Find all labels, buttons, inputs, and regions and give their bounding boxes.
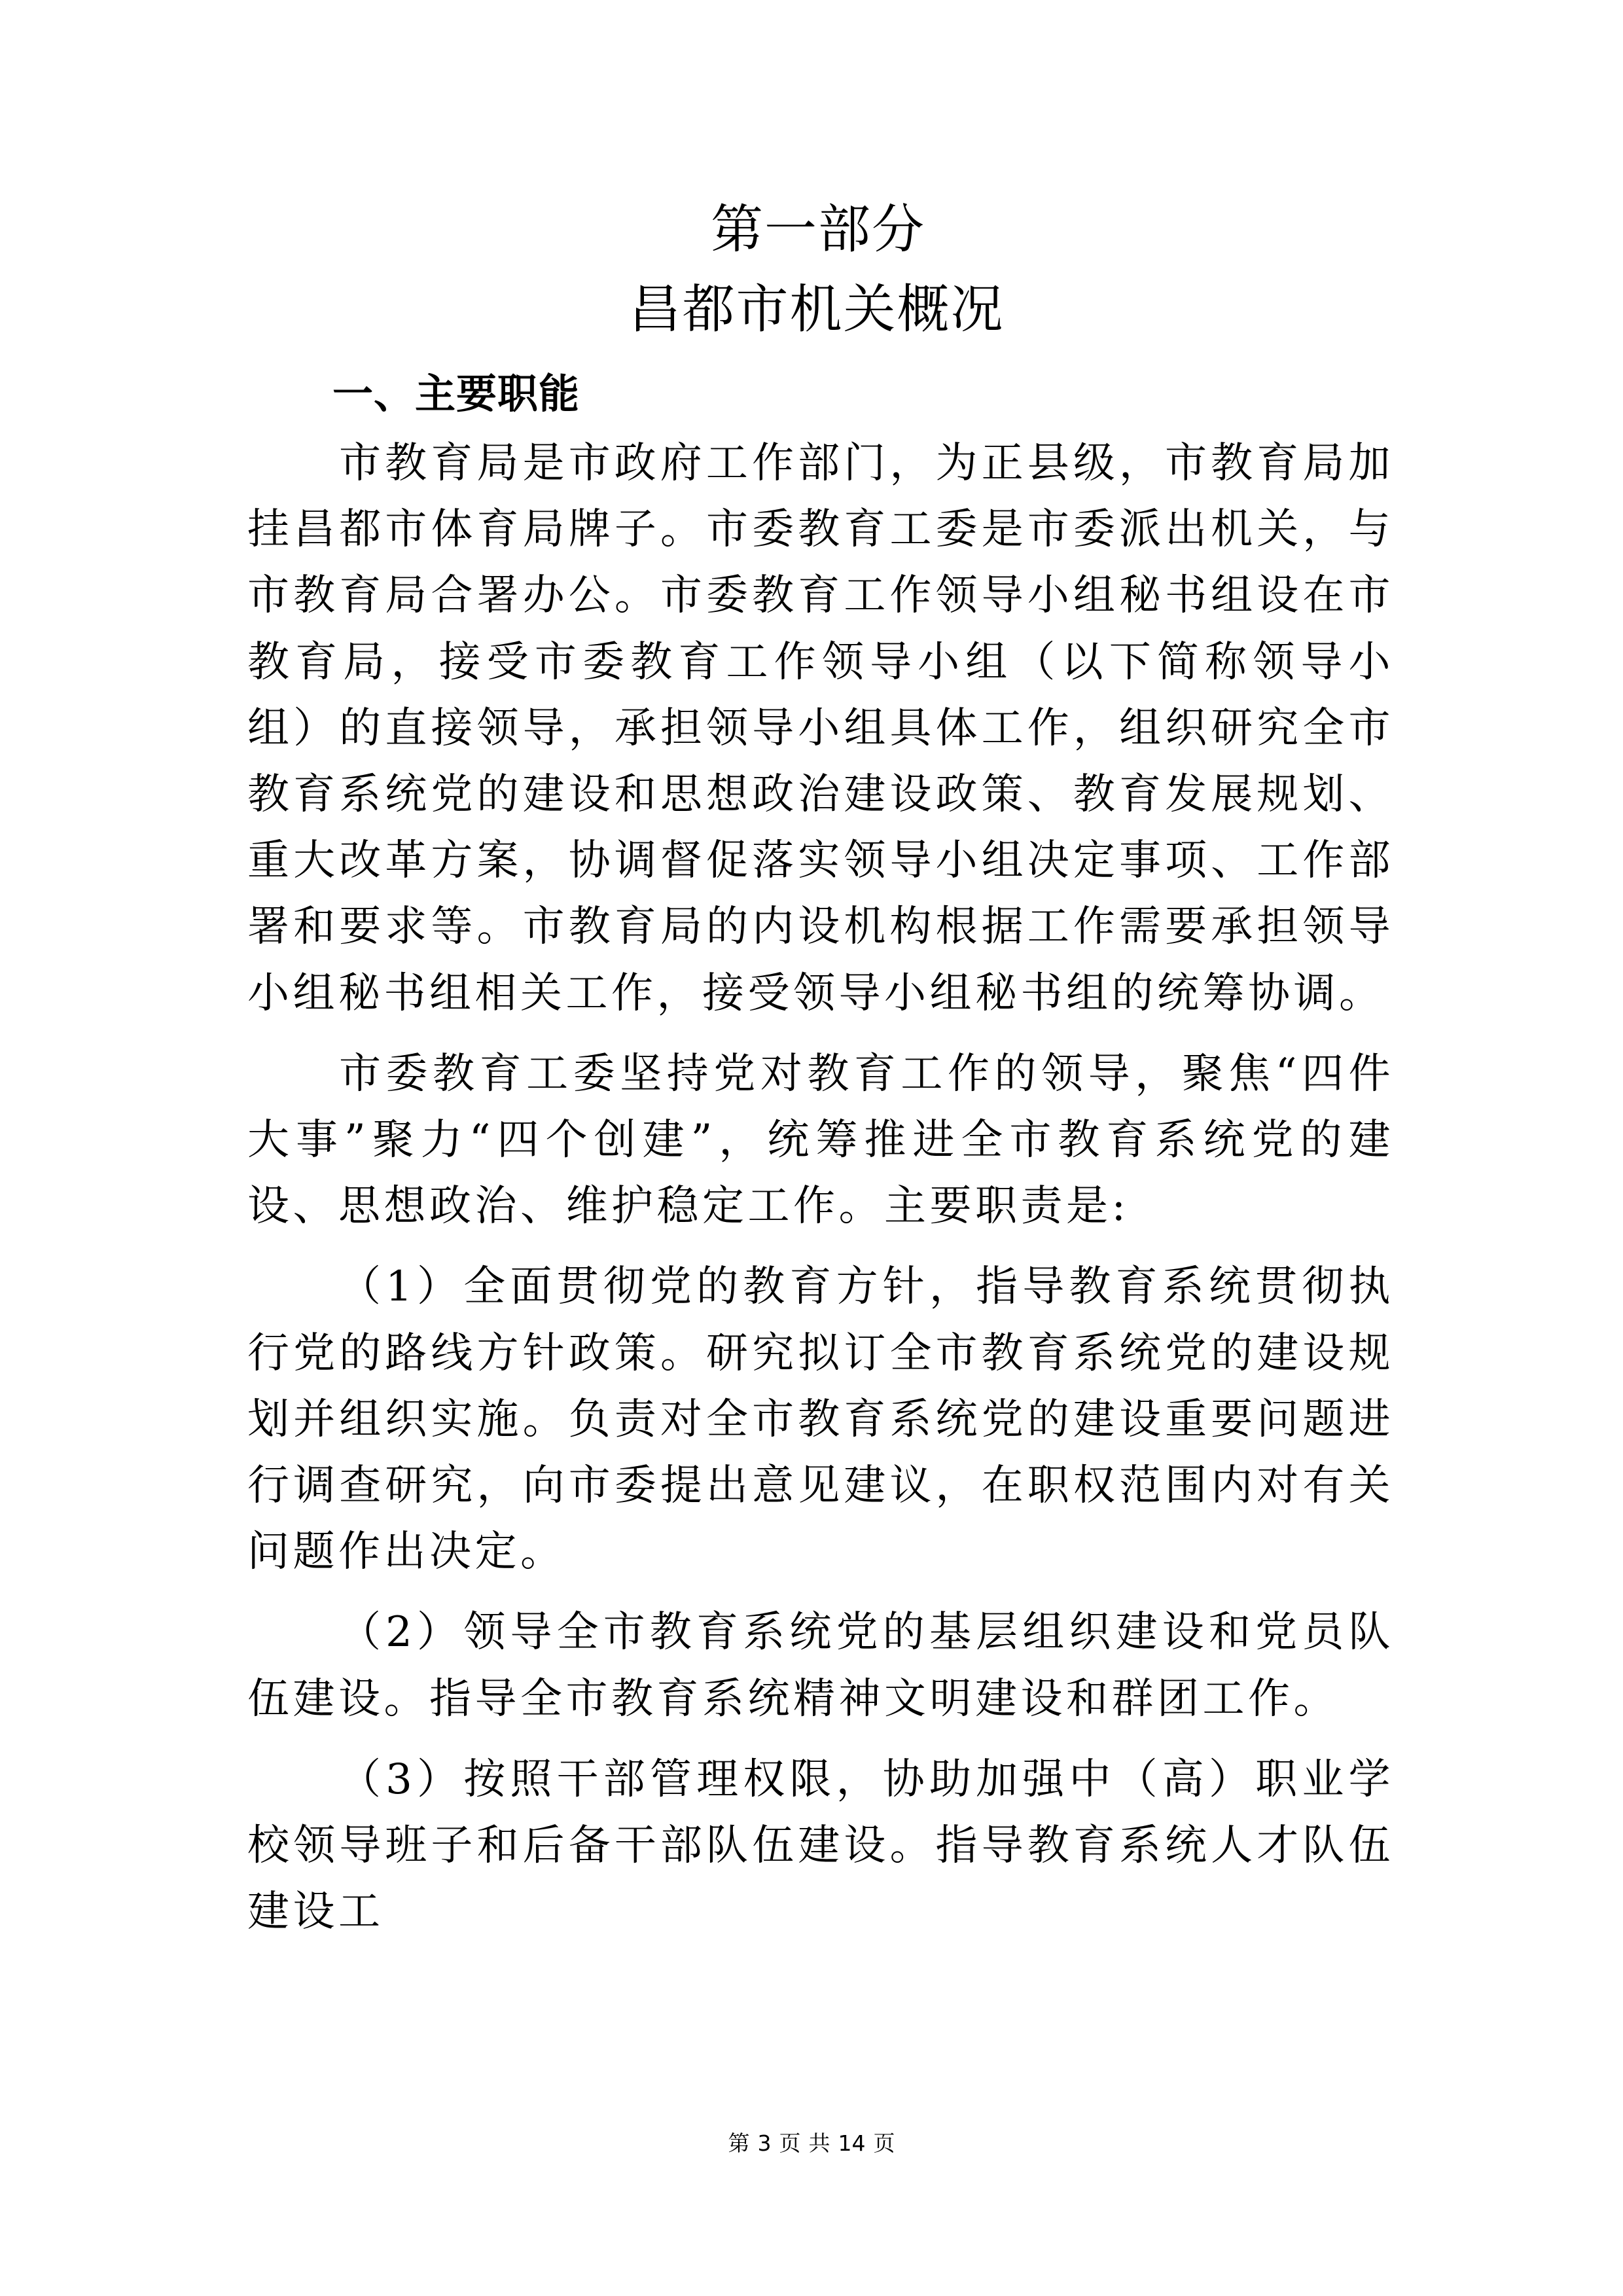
duty-item-2: （2）领导全市教育系统党的基层组织建设和党员队伍建设。指导全市教育系统精神文明建… — [247, 1600, 1394, 1732]
document-page: 第一部分 昌都市机关概况 一、主要职能 市教育局是市政府工作部门，为正县级，市教… — [0, 0, 1623, 2296]
title-block: 第一部分 昌都市机关概况 — [0, 190, 1623, 350]
total-pages-number: 14 — [838, 2130, 866, 2156]
footer-total-prefix: 共 — [809, 2130, 830, 2156]
document-body: 一、主要职能 市教育局是市政府工作部门，为正县级，市教育局加挂昌都市体育局牌子。… — [247, 357, 1394, 1945]
main-title: 昌都市机关概况 — [0, 270, 1623, 350]
paragraph-overview: 市教育局是市政府工作部门，为正县级，市教育局加挂昌都市体育局牌子。市委教育工委是… — [247, 431, 1394, 1027]
page-footer: 第3页共14页 — [0, 2130, 1623, 2157]
current-page-number: 3 — [758, 2130, 772, 2156]
section-heading: 一、主要职能 — [247, 357, 1394, 431]
paragraph-duties-intro: 市委教育工委坚持党对教育工作的领导，聚焦“四件大事”聚力“四个创建”，统筹推进全… — [247, 1041, 1394, 1240]
footer-page-word: 页 — [779, 2130, 801, 2156]
duty-item-3: （3）按照干部管理权限，协助加强中（高）职业学校领导班子和后备干部队伍建设。指导… — [247, 1747, 1394, 1946]
duty-item-1: （1）全面贯彻党的教育方针，指导教育系统贯彻执行党的路线方针政策。研究拟订全市教… — [247, 1254, 1394, 1585]
part-title: 第一部分 — [0, 190, 1623, 270]
footer-prefix: 第 — [728, 2130, 750, 2156]
footer-suffix: 页 — [874, 2130, 895, 2156]
